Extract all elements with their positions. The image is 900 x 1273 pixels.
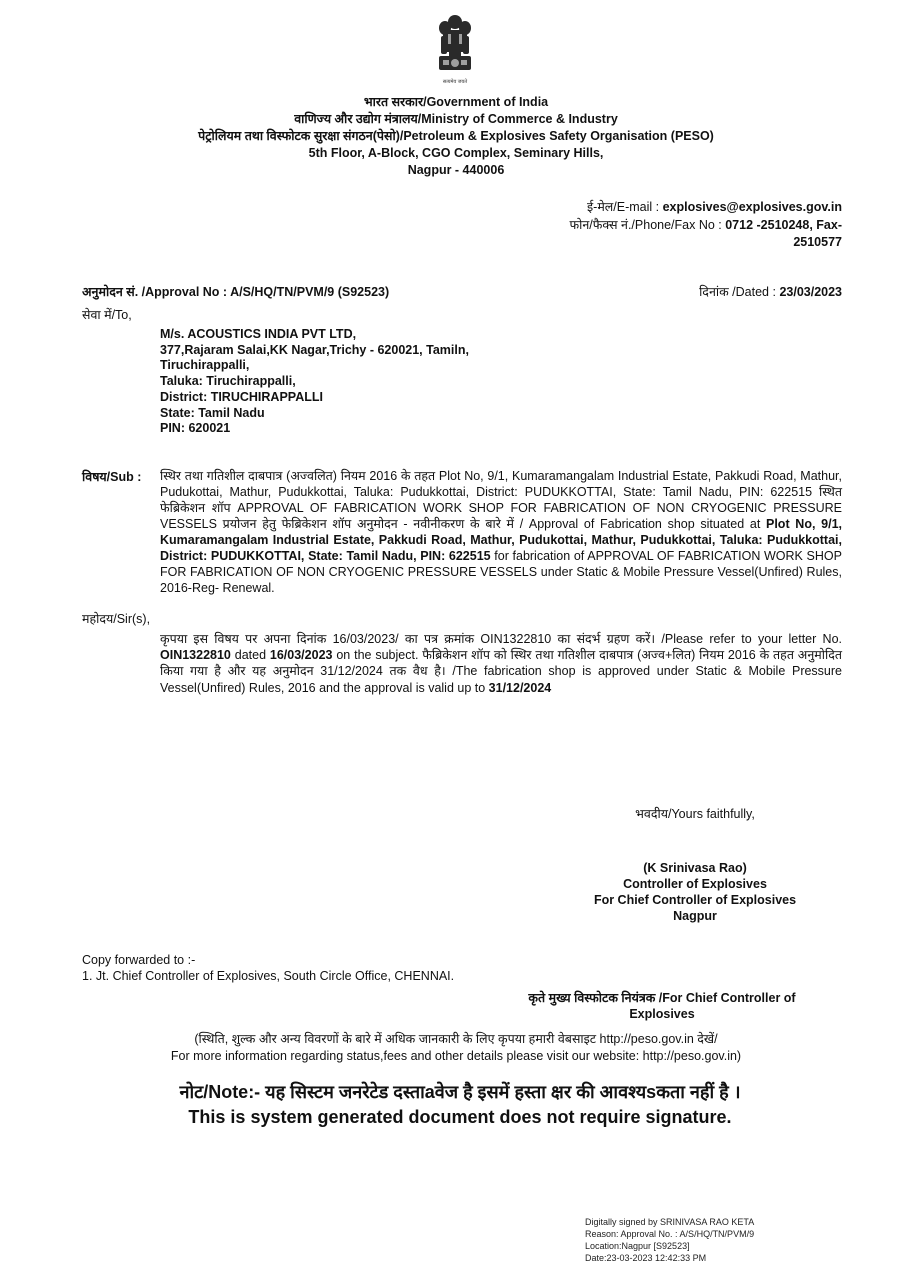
digsig-location: Location:Nagpur [S92523] <box>585 1240 754 1252</box>
copy-item: 1. Jt. Chief Controller of Explosives, S… <box>82 968 454 984</box>
digital-signature[interactable]: Digitally signed by SRINIVASA RAO KETA R… <box>585 1216 754 1264</box>
approval-date: दिनांक /Dated : 23/03/2023 <box>699 283 842 300</box>
addressee-city: Tiruchirappalli, <box>160 358 469 374</box>
addressee-street: 377,Rajaram Salai,KK Nagar,Trichy - 6200… <box>160 343 469 359</box>
approval-number: अनुमोदन सं. /Approval No : A/S/HQ/TN/PVM… <box>82 283 389 300</box>
dated-value: 23/03/2023 <box>779 285 842 299</box>
phone-value: 0712 -2510248, Fax- <box>725 218 842 232</box>
note-english: This is system generated document does n… <box>0 1105 900 1130</box>
closing: भवदीय/Yours faithfully, <box>570 805 820 822</box>
letterhead-city: Nagpur - 440006 <box>0 162 900 179</box>
addressee-district: District: TIRUCHIRAPPALLI <box>160 390 469 406</box>
lion-capital-icon <box>433 12 477 78</box>
for-ccoe-line-2: Explosives <box>482 1006 842 1022</box>
signatory-name: (K Srinivasa Rao) <box>560 860 830 876</box>
addressee-state: State: Tamil Nadu <box>160 406 469 422</box>
dated-label: दिनांक /Dated : <box>699 285 779 299</box>
phone-label: फोन/फैक्स नं./Phone/Fax No : <box>569 218 725 232</box>
website-info: (स्थिति, शुल्क और अन्य विवरणों के बारे म… <box>0 1031 900 1064</box>
to-label: सेवा में/To, <box>82 306 132 323</box>
letterhead-organisation: पेट्रोलियम तथा विस्फोटक सुरक्षा संगठन(पे… <box>0 128 900 145</box>
for-chief-controller: कृते मुख्य विस्फोटक नियंत्रक /For Chief … <box>482 990 842 1022</box>
subject-text: स्थिर तथा गतिशील दाबपात्र (अज्वलित) नियम… <box>160 468 842 596</box>
letterhead-address: 5th Floor, A-Block, CGO Complex, Seminar… <box>0 145 900 162</box>
signatory-block: (K Srinivasa Rao) Controller of Explosiv… <box>560 860 830 924</box>
copy-forwarded: Copy forwarded to :- 1. Jt. Chief Contro… <box>82 952 454 984</box>
addressee-pin: PIN: 620021 <box>160 421 469 437</box>
emblem-motto: सत्यमेव जयते <box>433 79 477 85</box>
subject-label: विषय/Sub : <box>82 468 141 485</box>
addressee-name: M/s. ACOUSTICS INDIA PVT LTD, <box>160 327 469 343</box>
info-english: For more information regarding status,fe… <box>0 1048 900 1065</box>
contact-block: ई-मेल/E-mail : explosives@explosives.gov… <box>462 199 842 252</box>
email-line: ई-मेल/E-mail : explosives@explosives.gov… <box>462 199 842 217</box>
digsig-reason: Reason: Approval No. : A/S/HQ/TN/PVM/9 <box>585 1228 754 1240</box>
signatory-for: For Chief Controller of Explosives <box>560 892 830 908</box>
national-emblem: सत्यमेव जयते <box>433 12 477 90</box>
approval-label: अनुमोदन सं. /Approval No : <box>82 285 230 299</box>
signatory-title: Controller of Explosives <box>560 876 830 892</box>
letterhead-ministry: वाणिज्य और उद्योग मंत्रालय/Ministry of C… <box>0 111 900 128</box>
subject-part-1: स्थिर तथा गतिशील दाबपात्र (अज्वलित) नियम… <box>160 469 842 531</box>
digsig-signed-by: Digitally signed by SRINIVASA RAO KETA <box>585 1216 754 1228</box>
salutation: महोदय/Sir(s), <box>82 610 150 627</box>
letterhead: भारत सरकार/Government of India वाणिज्य औ… <box>0 94 900 179</box>
email-label: ई-मेल/E-mail : <box>587 200 663 214</box>
digsig-date: Date:23-03-2023 12:42:33 PM <box>585 1252 754 1264</box>
info-hindi: (स्थिति, शुल्क और अन्य विवरणों के बारे म… <box>0 1031 900 1048</box>
for-ccoe-line-1: कृते मुख्य विस्फोटक नियंत्रक /For Chief … <box>482 990 842 1006</box>
addressee-block: M/s. ACOUSTICS INDIA PVT LTD, 377,Rajara… <box>160 327 469 437</box>
email-link[interactable]: explosives@explosives.gov.in <box>663 200 842 214</box>
body-text-1: कृपया इस विषय पर अपना दिनांक 16/03/2023/… <box>160 632 842 646</box>
system-generated-note: नोट/Note:- यह सिस्टम जनरेटेड दस्ताaवेज ह… <box>0 1080 900 1130</box>
letter-body: कृपया इस विषय पर अपना दिनांक 16/03/2023/… <box>160 631 842 696</box>
addressee-taluka: Taluka: Tiruchirappalli, <box>160 374 469 390</box>
body-text-2: dated <box>231 648 270 662</box>
phone-line: फोन/फैक्स नं./Phone/Fax No : 0712 -25102… <box>462 217 842 235</box>
body-letter-no: OIN1322810 <box>160 648 231 662</box>
body-valid-until: 31/12/2024 <box>489 681 552 695</box>
letterhead-government: भारत सरकार/Government of India <box>0 94 900 111</box>
note-hindi: नोट/Note:- यह सिस्टम जनरेटेड दस्ताaवेज ह… <box>0 1080 900 1105</box>
fax-value: 2510577 <box>462 234 842 252</box>
approval-value: A/S/HQ/TN/PVM/9 (S92523) <box>230 285 389 299</box>
copy-heading: Copy forwarded to :- <box>82 952 454 968</box>
body-letter-date: 16/03/2023 <box>270 648 333 662</box>
signatory-location: Nagpur <box>560 908 830 924</box>
